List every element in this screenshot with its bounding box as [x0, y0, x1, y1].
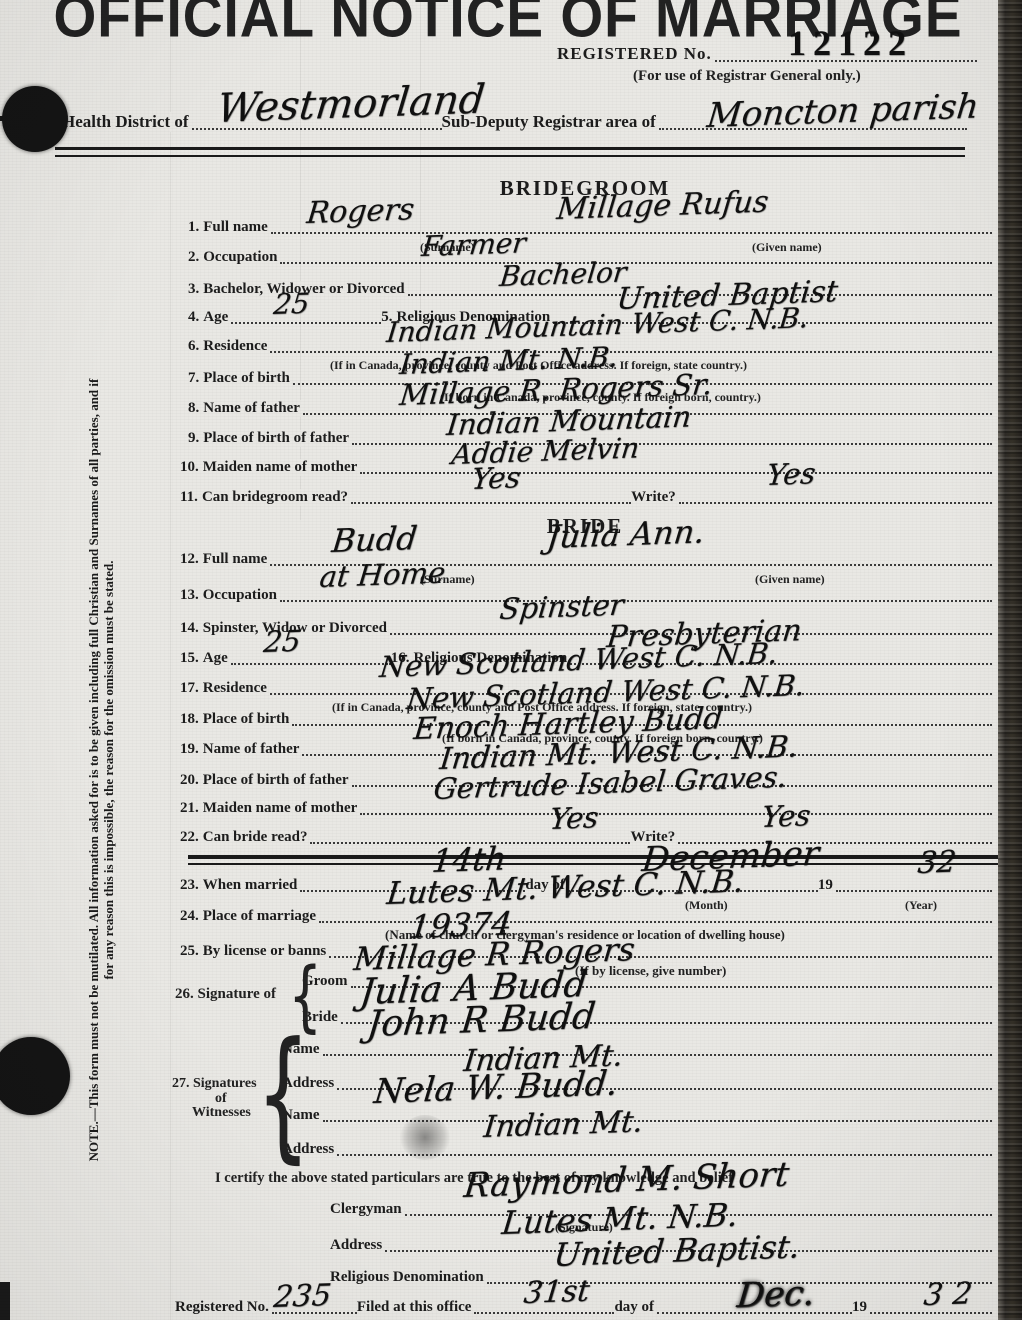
footer-day-of-label: day of: [614, 1299, 657, 1316]
groom-read-value: Yes: [470, 460, 522, 496]
dotted-line: [280, 262, 992, 264]
field-number: 9.: [188, 430, 203, 447]
clergyman-address-label: Address: [330, 1237, 385, 1254]
field-number: 4.: [188, 309, 203, 326]
married-year-value: 32: [916, 845, 958, 881]
bride-surname-value: Budd: [330, 519, 419, 560]
field-label: Name of father: [203, 741, 303, 758]
field-label: Full name: [203, 219, 271, 236]
dotted-line: [679, 502, 992, 504]
signature-of-label: 26. Signature of: [175, 986, 276, 1003]
field-number: 21.: [180, 800, 203, 817]
field-number: 26.: [175, 986, 194, 1002]
groom-status-value: Bachelor: [498, 255, 628, 293]
field-label: Can bridegroom read?: [202, 489, 351, 506]
field-label: Maiden name of mother: [203, 459, 361, 476]
field-label: Place of birth of father: [203, 772, 352, 789]
bride-occupation-value: at Home: [318, 555, 447, 594]
field-label: Full name: [203, 551, 271, 568]
header-rule: [55, 147, 965, 150]
row-place-of-marriage: 24. Place of marriage: [180, 903, 992, 925]
field-number: 13.: [180, 587, 203, 604]
clergyman-label: Clergyman: [330, 1201, 405, 1218]
year-prefix: 19: [818, 877, 836, 894]
field-label: Residence: [203, 338, 270, 355]
footer-filed-label: Filed at this office: [357, 1299, 475, 1316]
footer-year-value: 32: [922, 1276, 984, 1313]
dotted-line: [271, 232, 992, 234]
field-number: 6.: [188, 338, 203, 355]
dotted-line: [360, 813, 992, 815]
dotted-line: [280, 600, 992, 602]
footer-registered-value: 235: [272, 1278, 333, 1315]
section-rule: [188, 855, 1000, 859]
groom-surname-value: Rogers: [305, 192, 416, 231]
field-number: 24.: [180, 908, 203, 925]
row-groom-literacy: 11. Can bridegroom read? Write?: [180, 484, 992, 506]
field-number: 7.: [188, 370, 203, 387]
field-label: Place of birth: [203, 370, 293, 387]
dotted-line: [231, 322, 381, 324]
dotted-line: [351, 502, 631, 504]
dotted-line: [323, 1054, 993, 1056]
field-label: Name of father: [203, 400, 303, 417]
field-label: Residence: [203, 680, 270, 697]
groom-age-value: 25: [272, 287, 311, 321]
field-number: 19.: [180, 741, 203, 758]
ink-smudge: [400, 1115, 450, 1160]
field-number: 2.: [188, 249, 203, 266]
field-label: Place of birth: [203, 711, 293, 728]
witnesses-label-3: Witnesses: [192, 1105, 251, 1121]
footer-registered-label: Registered No.: [175, 1299, 272, 1316]
bride-age-value: 25: [262, 624, 302, 659]
year-caption: (Year): [905, 898, 937, 913]
groom-write-value: Yes: [765, 456, 817, 492]
dotted-line: [352, 443, 992, 445]
punch-hole-bottom: [0, 1037, 70, 1115]
corner-shadow: [0, 1282, 10, 1320]
section-rule: [188, 863, 1000, 865]
field-label: Place of birth of father: [203, 430, 352, 447]
field-number: 14.: [180, 620, 203, 637]
scan-edge-band: [998, 0, 1022, 1320]
registrar-note: (For use of Registrar General only.): [633, 68, 861, 85]
field-number: 20.: [180, 772, 203, 789]
field-number: 22.: [180, 829, 203, 846]
registered-no-value: 12122: [788, 22, 913, 64]
field-label: When married: [203, 877, 301, 894]
groom-occupation-value: Farmer: [420, 226, 528, 263]
given-name-caption: (Given name): [755, 572, 825, 587]
bride-given-value: Julia Ann.: [545, 512, 707, 556]
field-number: 23.: [180, 877, 203, 894]
bride-status-value: Spinster: [498, 588, 625, 626]
field-number: 10.: [180, 459, 203, 476]
witnesses-label-1: 27. Signatures: [172, 1076, 257, 1092]
field-label: Place of marriage: [203, 908, 319, 925]
marriage-notice-document: OFFICIAL NOTICE OF MARRIAGE REGISTERED N…: [0, 0, 1022, 1320]
dotted-line: [270, 351, 992, 353]
fold-line: [170, 0, 171, 1320]
footer-year-prefix: 19: [852, 1299, 870, 1316]
margin-note: NOTE.—This form must not be mutilated. A…: [86, 374, 116, 1166]
write-label: Write?: [631, 489, 679, 506]
field-label: Age: [203, 650, 231, 667]
brace-witnesses: {: [256, 1024, 310, 1166]
field-number: 1.: [188, 219, 203, 236]
dotted-line: [836, 890, 992, 892]
health-district-value: Westmorland: [215, 76, 487, 132]
dotted-line: [360, 472, 992, 474]
field-label: Occupation: [203, 249, 280, 266]
field-label: Occupation: [203, 587, 280, 604]
field-label: Can bride read?: [203, 829, 311, 846]
field-label: Maiden name of mother: [203, 800, 361, 817]
header-rule: [55, 155, 965, 157]
bride-read-value: Yes: [548, 800, 600, 836]
field-number: 12.: [180, 551, 203, 568]
field-number: 11.: [180, 489, 202, 506]
given-name-caption: (Given name): [752, 240, 822, 255]
footer-filed-value: 31st: [522, 1274, 591, 1311]
groom-given-value: Millage Rufus: [555, 184, 770, 227]
denomination-label: Religious Denomination: [330, 1269, 487, 1286]
field-number: 17.: [180, 680, 203, 697]
dotted-line: [231, 663, 391, 665]
health-district-label: Health District of: [62, 112, 192, 132]
bride-write-value: Yes: [760, 798, 812, 834]
field-label: Age: [203, 309, 231, 326]
witness2-address-value: Indian Mt.: [482, 1104, 645, 1145]
footer-month-value: Dec.: [735, 1273, 816, 1316]
punch-hole-top: [2, 86, 68, 152]
field-number: 15.: [180, 650, 203, 667]
witness1-name-value: John R Budd: [365, 996, 597, 1045]
field-number: 3.: [188, 281, 203, 298]
field-number: 8.: [188, 400, 203, 417]
field-number: 25.: [180, 943, 203, 960]
dotted-line: [474, 1312, 614, 1314]
field-number: 18.: [180, 711, 203, 728]
